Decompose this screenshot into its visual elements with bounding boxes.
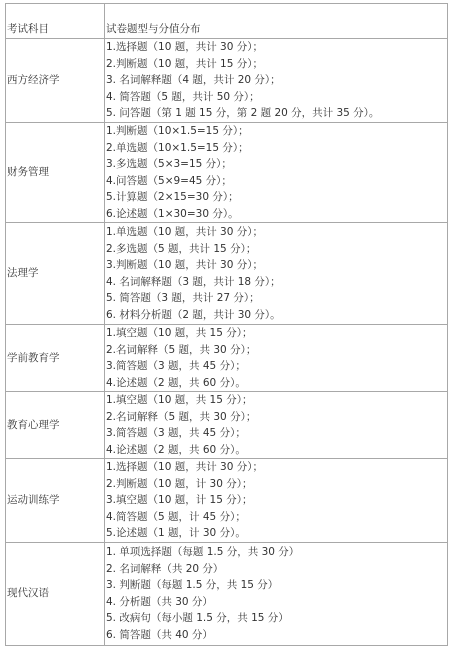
question-type-item: 3. 判断题（每题 1.5 分，共 15 分） xyxy=(106,577,447,594)
question-type-item: 4.简答题（5 题，计 45 分）； xyxy=(106,509,447,526)
table-row: 学前教育学1.填空题（10 题，共 15 分）；2.名词解释（5 题，共 30 … xyxy=(6,325,448,392)
question-types-cell: 1.选择题（10 题，共计 30 分）；2.判断题（10 题，计 30 分）；3… xyxy=(105,459,448,543)
table-row: 现代汉语1. 单项选择题（每题 1.5 分，共 30 分）2. 名词解释（共 2… xyxy=(6,542,448,645)
question-type-item: 5. 问答题（第 1 题 15 分，第 2 题 20 分，共计 35 分）。 xyxy=(106,105,447,122)
question-type-item: 4. 分析题（共 30 分） xyxy=(106,594,447,611)
header-subject: 考试科目 xyxy=(6,4,105,39)
question-type-item: 1.选择题（10 题，共计 30 分）； xyxy=(106,39,447,56)
question-types-cell: 1.填空题（10 题，共 15 分）；2.名词解释（5 题，共 30 分）；3.… xyxy=(105,325,448,392)
question-type-item: 1.填空题（10 题，共 15 分）； xyxy=(106,325,447,342)
question-type-item: 2. 名词解释（共 20 分） xyxy=(106,561,447,578)
table-row: 西方经济学1.选择题（10 题，共计 30 分）；2.判断题（10 题，共计 1… xyxy=(6,39,448,123)
question-type-item: 5.计算题（2×15=30 分）； xyxy=(106,189,447,206)
question-types-cell: 1.填空题（10 题，共 15 分）；2.名词解释（5 题，共 30 分）；3.… xyxy=(105,392,448,459)
question-type-item: 2.判断题（10 题，共计 15 分）； xyxy=(106,56,447,73)
question-type-item: 1.填空题（10 题，共 15 分）； xyxy=(106,392,447,409)
question-type-item: 4. 简答题（5 题，共计 50 分）； xyxy=(106,89,447,106)
question-type-item: 5.论述题（1 题，计 30 分）。 xyxy=(106,525,447,542)
question-type-item: 5. 简答题（3 题，共计 27 分）； xyxy=(106,290,447,307)
question-type-item: 1.选择题（10 题，共计 30 分）； xyxy=(106,459,447,476)
subject-cell: 法理学 xyxy=(6,223,105,325)
question-type-item: 4.问答题（5×9=45 分）； xyxy=(106,173,447,190)
question-type-item: 1. 单项选择题（每题 1.5 分，共 30 分） xyxy=(106,544,447,561)
subject-cell: 教育心理学 xyxy=(6,392,105,459)
question-type-item: 3.简答题（3 题，共 45 分）； xyxy=(106,425,447,442)
question-types-cell: 1.单选题（10 题，共计 30 分）；2.多选题（5 题，共计 15 分）；3… xyxy=(105,223,448,325)
question-types-cell: 1.判断题（10×1.5=15 分）；2.单选题（10×1.5=15 分）；3.… xyxy=(105,123,448,223)
question-type-item: 2.单选题（10×1.5=15 分）； xyxy=(106,140,447,157)
table-header-row: 考试科目 试卷题型与分值分布 xyxy=(6,4,448,39)
question-type-item: 1.判断题（10×1.5=15 分）； xyxy=(106,123,447,140)
table-row: 运动训练学1.选择题（10 题，共计 30 分）；2.判断题（10 题，计 30… xyxy=(6,459,448,543)
question-type-item: 2.多选题（5 题，共计 15 分）； xyxy=(106,241,447,258)
table-row: 法理学1.单选题（10 题，共计 30 分）；2.多选题（5 题，共计 15 分… xyxy=(6,223,448,325)
question-type-item: 3.简答题（3 题，共 45 分）； xyxy=(106,358,447,375)
subject-cell: 西方经济学 xyxy=(6,39,105,123)
subject-cell: 学前教育学 xyxy=(6,325,105,392)
subject-cell: 运动训练学 xyxy=(6,459,105,543)
question-type-item: 3.多选题（5×3=15 分）； xyxy=(106,156,447,173)
question-type-item: 6.论述题（1×30=30 分）。 xyxy=(106,206,447,223)
question-type-item: 5. 改病句（每小题 1.5 分，共 15 分） xyxy=(106,610,447,627)
table-row: 财务管理1.判断题（10×1.5=15 分）；2.单选题（10×1.5=15 分… xyxy=(6,123,448,223)
question-type-item: 3. 名词解释题（4 题，共计 20 分）； xyxy=(106,72,447,89)
header-distribution: 试卷题型与分值分布 xyxy=(105,4,448,39)
question-types-cell: 1. 单项选择题（每题 1.5 分，共 30 分）2. 名词解释（共 20 分）… xyxy=(105,542,448,645)
question-type-item: 6. 简答题（共 40 分） xyxy=(106,627,447,644)
subject-cell: 现代汉语 xyxy=(6,542,105,645)
question-type-item: 2.名词解释（5 题，共 30 分）； xyxy=(106,409,447,426)
table-row: 教育心理学1.填空题（10 题，共 15 分）；2.名词解释（5 题，共 30 … xyxy=(6,392,448,459)
question-type-item: 4.论述题（2 题，共 60 分）。 xyxy=(106,442,447,459)
question-types-cell: 1.选择题（10 题，共计 30 分）；2.判断题（10 题，共计 15 分）；… xyxy=(105,39,448,123)
question-type-item: 1.单选题（10 题，共计 30 分）； xyxy=(106,224,447,241)
question-type-item: 6. 材料分析题（2 题，共计 30 分）。 xyxy=(106,307,447,324)
question-type-item: 3.填空题（10 题，计 15 分）； xyxy=(106,492,447,509)
exam-score-table: 考试科目 试卷题型与分值分布 西方经济学1.选择题（10 题，共计 30 分）；… xyxy=(5,3,448,646)
question-type-item: 2.名词解释（5 题，共 30 分）； xyxy=(106,342,447,359)
subject-cell: 财务管理 xyxy=(6,123,105,223)
question-type-item: 2.判断题（10 题，计 30 分）； xyxy=(106,476,447,493)
question-type-item: 3.判断题（10 题，共计 30 分）； xyxy=(106,257,447,274)
question-type-item: 4.论述题（2 题，共 60 分）。 xyxy=(106,375,447,392)
question-type-item: 4. 名词解释题（3 题，共计 18 分）； xyxy=(106,274,447,291)
